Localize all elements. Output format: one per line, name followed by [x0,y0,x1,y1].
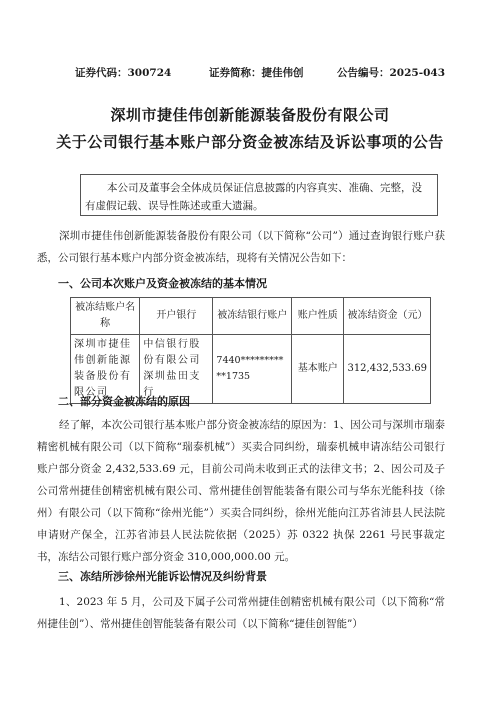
company-title: 深圳市捷佳伟创新能源装备股份有限公司 [0,104,500,125]
col-header-frozen-amount: 被冻结资金（元） [344,298,431,335]
col-header-account-type: 账户性质 [292,298,344,335]
intro-paragraph: 深圳市捷佳伟创新能源装备股份有限公司（以下简称“公司”）通过查询银行账户获悉，公… [37,225,445,269]
disclaimer-box: 本公司及董事会全体成员保证信息披露的内容真实、准确、完整，没有虚假记载、误导性陈… [80,174,438,216]
announcement-header: 证券代码：300724 证券简称：捷佳伟创 公告编号：2025-043 [0,65,500,81]
cell-account-number: 7440***********1735 [213,335,292,404]
table-header-row: 被冻结账户名称 开户银行 被冻结银行账户 账户性质 被冻结资金（元） [71,298,431,335]
cell-frozen-amount: 312,432,533.69 [344,335,431,404]
announcement-number: 公告编号：2025-043 [337,65,445,80]
cell-account-type: 基本账户 [292,335,344,404]
col-header-account-name: 被冻结账户名称 [71,298,140,335]
stock-code: 证券代码：300724 [75,65,171,80]
section3-heading: 三、冻结所涉徐州光能诉讼情况及纠纷背景 [58,568,267,584]
col-header-account-number: 被冻结银行账户 [213,298,292,335]
frozen-account-table: 被冻结账户名称 开户银行 被冻结银行账户 账户性质 被冻结资金（元） 深圳市捷佳… [70,297,431,404]
disclaimer-text: 本公司及董事会全体成员保证信息披露的内容真实、准确、完整，没有虚假记载、误导性陈… [85,179,431,215]
announcement-subject: 关于公司银行基本账户部分资金被冻结及诉讼事项的公告 [0,131,500,152]
col-header-bank: 开户银行 [140,298,213,335]
section1-heading: 一、公司本次账户及资金被冻结的基本情况 [58,275,267,291]
section3-body: 1、2023 年 5 月，公司及下属子公司常州捷佳创精密机械有限公司（以下简称“… [37,591,445,635]
section2-heading: 二、部分资金被冻结的原因 [58,393,190,409]
stock-short-name: 证券简称：捷佳伟创 [209,65,304,80]
section2-body: 经了解，本次公司银行基本账户部分资金被冻结的原因为：1、因公司与深圳市瑞泰精密机… [37,414,445,568]
